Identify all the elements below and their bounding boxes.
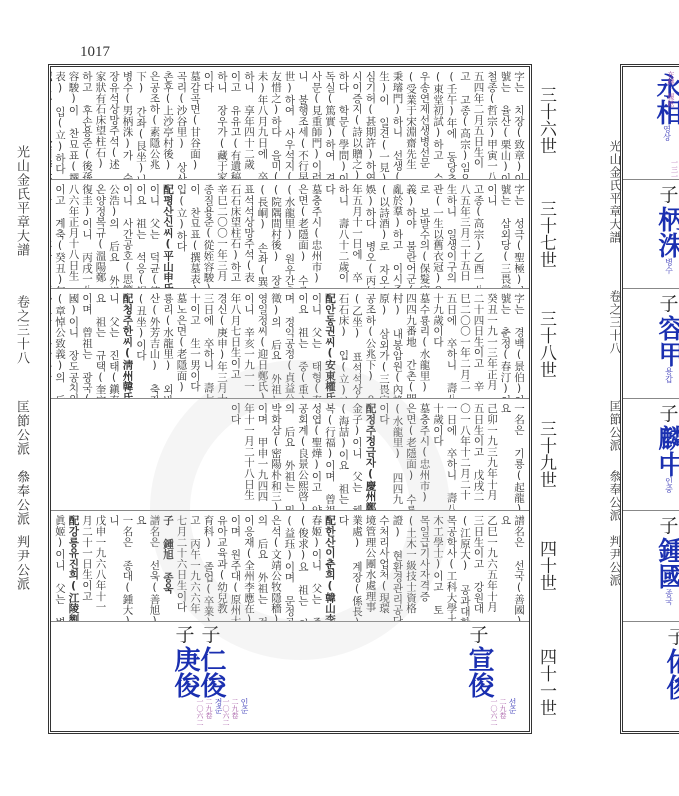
row-text-columns: 一名은 기룡(起龍)이요己卯一九三九年十月五日生이고 戊戌二〇一八年十二月二十一…	[55, 403, 525, 506]
row-text-columns: 字는 경백(景伯)이요號는 춘정(春汀)이니癸丑一九一三年正月二十四日生이고 辛…	[55, 293, 525, 394]
son-marker: 子	[667, 626, 679, 648]
side-title-volume: 卷之三十八	[14, 295, 28, 365]
biography-line: 은면(老隱面) 수룡리	[296, 184, 310, 284]
biography-line: 곡리(沙谷里) 상사정	[174, 71, 188, 175]
biography-line: 시이증지(詩以贈之)	[350, 71, 364, 175]
biography-line: (海喆)이요 祖는 행	[336, 403, 350, 506]
row-gen-40: 譜名은 선국(善國)이요乙巳一九六五年十月三日生이고 강원대(江原大) 공과대학…	[51, 511, 529, 622]
biography-line: 眞姬)이니 父는 병욱	[53, 515, 67, 617]
biography-line: (丑坐)이다	[134, 293, 148, 394]
biography-line: 촌후(上沙亭村後) 소	[161, 71, 175, 175]
biography-line: 育科) 졸업(卒業)이	[201, 515, 215, 617]
biography-line: 譜名은 선욱(善旭)이	[147, 515, 161, 617]
biography-line: 우송연제선생병선문	[417, 71, 431, 175]
biography-line: 木工學士)이고 토	[431, 515, 445, 617]
biography-line: 의 后요 外祖는 전주	[255, 515, 269, 617]
hangul-name: 영상	[663, 125, 672, 141]
son-marker: 子	[659, 403, 678, 425]
biography-line: 성엽(聖燁)이고 양경	[309, 403, 323, 506]
hangul-name: 선준	[508, 698, 517, 726]
biography-line: 戊申一九六八年十一	[93, 515, 107, 617]
biography-line: 號는 춘정(春汀)이니	[498, 293, 512, 394]
biography-line: 이며 甲申一九四四	[255, 403, 269, 506]
biography-line: 의 后요 外祖는 밀양	[282, 403, 296, 506]
biography-line: 乙巳一九六五年十月	[485, 515, 499, 617]
volume-note: 二九卷	[205, 698, 213, 726]
biography-line: (長峒) 손좌(巽坐)	[255, 184, 269, 284]
biography-line: 이고 계축(癸丑)年二	[53, 184, 67, 284]
biography-line: 이다	[201, 71, 215, 175]
biography-line: 一名은 종대(鍾大)이	[120, 515, 134, 617]
hanja-name: 麟中	[654, 425, 679, 477]
biography-line: 四四九番地 간촌(間	[404, 293, 418, 394]
biography-line: 하니 享年四十二歲	[242, 71, 256, 175]
row-text-columns: 字는 성극(聖極)이요號는 삼외당(三畏堂)이니고종(高宗)乙酉一八八五年三月二…	[55, 184, 525, 284]
biography-line: 심기허(甚期許)하여	[363, 71, 377, 175]
gen-label-40: 四十世	[536, 540, 555, 591]
son-marker: 子	[659, 293, 678, 315]
biography-line: 號는 삼외당(三畏堂)	[498, 184, 512, 284]
hanja-name: 佑俊	[662, 648, 679, 700]
biography-line: 三日生이고 강원대	[471, 515, 485, 617]
biography-line: (受業于宋淵齋先生	[404, 71, 418, 175]
biography-line: (院隅間村後) 장동	[269, 184, 283, 284]
biography-line: 로 보발수의(保髮守	[417, 184, 431, 284]
biography-line: 五日에 卒하니 壽八	[444, 293, 458, 394]
son-marker: 子	[659, 184, 678, 206]
biography-line: 村) 내봉암원(內蜂岩	[390, 293, 404, 394]
biography-line: 五日生이고 戊戌二	[471, 403, 485, 506]
person-seonjun: 子 宣俊 선준 二九卷 一〇六二	[441, 624, 517, 726]
biography-line: 산(外芳吉山) 축좌	[147, 293, 161, 394]
biography-line: 이요 祖는 중(重)이	[296, 293, 310, 394]
biography-line: 下) 간좌(艮坐)니 남	[134, 71, 148, 175]
biography-line: 五四年二月五日生이	[471, 71, 485, 175]
gen-label-38: 三十八世	[536, 310, 555, 378]
right-page-table: 永相 영상 見上 一三一 在赫·履鉉 子 柄洙 병수 子 容甲 용갑 子 麟中 …	[620, 64, 679, 734]
biography-line: 경신(庚申)年三月十	[215, 293, 229, 394]
biography-line: 業處) 계장(係長)이	[350, 515, 364, 617]
biography-line: 사문(見重師門)이러	[309, 71, 323, 175]
person-byeongsu: 子 柄洙 병수	[639, 184, 679, 274]
biography-line: 이니 父는 태형(泰亨)	[309, 293, 323, 394]
row-gen-36: 字는 치장(致章)이요號는 율산(栗山)이니철종(哲宗)甲寅一八五四年二月五日生…	[51, 67, 529, 180]
biography-line: 巳二〇〇一年二月二	[458, 293, 472, 394]
hangul-name: 경준	[214, 698, 223, 726]
biography-line: (壬午)年에 동당초시	[444, 71, 458, 175]
volume-note: 二九卷	[231, 698, 239, 726]
biography-line: 하니 壽八十二歲이	[336, 184, 350, 284]
page-ref: 一三一	[671, 159, 679, 180]
biography-line: 三日에 卒하니 壽七	[201, 293, 215, 394]
biography-line: 春姬)이니 父는 준구	[309, 515, 323, 617]
spouse-entry: 配평산신씨(平山申氏)	[161, 184, 175, 284]
biography-line: (益珏)이며 문정공목	[282, 515, 296, 617]
biography-line: (江原大) 공과대학토	[458, 515, 472, 617]
biography-line: 니 불행조세(不行早	[296, 71, 310, 175]
hangul-name: 종국	[665, 589, 674, 605]
biography-line: 一日에 卒하니 壽八	[444, 403, 458, 506]
row-text-columns: 字는 치장(致章)이요號는 율산(栗山)이니철종(哲宗)甲寅一八五四年二月五日生…	[55, 71, 525, 175]
biography-line: 亂於羣)하고 이시주	[390, 184, 404, 284]
biography-line: (水龍里) 四四九-二	[390, 403, 404, 506]
biography-line: 號는 율산(栗山)이니	[498, 71, 512, 175]
biography-line: 이다	[377, 403, 391, 506]
gen-label-37: 三十七世	[536, 200, 555, 268]
biography-line: 七月二十六日生이다	[174, 515, 188, 617]
biography-line: 며 정익공정(貞益公	[282, 293, 296, 394]
biography-line: 未)年八月九日에 卒	[255, 71, 269, 175]
hanja-name: 庚俊	[170, 646, 200, 698]
burial-entry: 墓노은면(老隱面) 수	[174, 293, 188, 394]
spouse-entry: 配정주정금자(慶州鄭	[363, 403, 377, 506]
right-row-4: 子 鍾國 종국	[623, 511, 679, 622]
biography-line: 秉璿門)하니 선생(先	[390, 71, 404, 175]
biography-line: 證) 현환경관리공단	[390, 515, 404, 617]
right-row-5: 子 佑俊 우준 二九卷 一〇六一	[623, 622, 679, 731]
biography-line: 관(一生以舊衣冠)으	[431, 184, 445, 284]
hangul-name: 인중	[665, 477, 674, 493]
biography-line: 〇一八年十二月二十	[458, 403, 472, 506]
biography-line: 표석석상망주석(表	[242, 184, 256, 284]
biography-line: 公浩)의 后요 外祖는	[107, 184, 121, 284]
biography-line: 철종(哲宗)甲寅一八	[485, 71, 499, 175]
son-marker: 子	[175, 624, 194, 646]
person-gyeongjun: 子 庚俊 경준 二九卷 一〇六二	[147, 624, 223, 726]
biography-line: 子 鍾旭 종욱	[161, 515, 175, 617]
page-ref: 一〇六二	[222, 698, 230, 726]
person-yonggap: 子 容甲 용갑	[639, 293, 679, 383]
biography-line: 이니 사간공호(思簡	[120, 184, 134, 284]
right-row-3: 子 麟中 인중	[623, 399, 679, 511]
biography-line: 年十一月二十八日生	[242, 403, 256, 506]
side-title-lineage-2: 叅奉公派	[14, 470, 28, 526]
biography-line: 辛巳二〇〇一年三月	[215, 184, 229, 284]
biography-line: 一名은 기룡(起龍)이	[512, 403, 526, 506]
biography-line: 生하니 일생이구의	[444, 184, 458, 284]
hanja-name: 鍾國	[654, 537, 679, 589]
biography-line: 二十四日生이고 辛	[471, 293, 485, 394]
hanja-name: 宣俊	[464, 646, 494, 698]
biography-line: (土木一級技士資格	[404, 515, 418, 617]
biography-line: 수처리사업처(現環	[377, 515, 391, 617]
hangul-name: 인준	[240, 698, 249, 726]
right-row-0: 永相 영상 見上 一三一 在赫·履鉉	[623, 67, 679, 180]
biography-line: 友惜之)하다 을미(乙	[269, 71, 283, 175]
biography-line: 은석(文靖公牧隱穡)	[269, 515, 283, 617]
biography-line: 다	[323, 184, 337, 284]
biography-line: 年八月七日生이고	[228, 293, 242, 394]
biography-line: 이니 辛亥一九一一	[242, 293, 256, 394]
biography-line: 字는 경백(景伯)이요	[512, 293, 526, 394]
row-text-columns: 譜名은 선국(善國)이요乙巳一九六五年十月三日生이고 강원대(江原大) 공과대학…	[55, 515, 525, 617]
biography-line: (章悼公致義)의 后요	[53, 293, 67, 394]
biography-line: 목공학사(工科大學土	[444, 515, 458, 617]
burial-entry: 墓수룡리(水龍里) 山	[417, 293, 431, 394]
biography-line: 徵)의 后요 外祖는	[269, 293, 283, 394]
row-gen-41: 子 宣俊 선준 二九卷 一〇六二 子 仁俊 인준 二九卷 一〇六二 子 庚俊 경…	[51, 622, 529, 731]
burial-entry: 墓충주시(忠州市) 노	[417, 403, 431, 506]
biography-line: 영일정씨(迎日鄭氏)	[255, 293, 269, 394]
biography-line: 國)이니 장도공치의	[66, 293, 80, 394]
biography-line: 譜名은 선국(善國)이	[512, 515, 526, 617]
biography-line: 이며 원주대(原州大)	[228, 515, 242, 617]
biography-line: 요	[498, 403, 512, 506]
burial-entry: 墓감곡면(甘谷面) 사	[188, 71, 202, 175]
biography-line: (乙坐) 표석석상(表	[350, 293, 364, 394]
biography-line: 己卯一九三九年十月	[485, 403, 499, 506]
biography-line: 十歲이다	[431, 403, 445, 506]
biography-line: 이니 父는 덕균(德均)	[147, 184, 161, 284]
person-ujun: 子 佑俊 우준 二九卷 一〇六一	[639, 626, 679, 728]
biography-line: 이며 曾祖는 광국(光	[80, 293, 94, 394]
biography-line: 장유석상망주석(述	[107, 71, 121, 175]
person-injung: 子 麟中 인중	[639, 403, 679, 493]
page-ref: 一〇六二	[196, 698, 204, 726]
side-title-lineage-3: 判尹公派	[14, 535, 28, 591]
biography-line: 복(行福)이며 曾祖는	[323, 403, 337, 506]
biography-line: 박화삼(密陽朴和三)	[269, 403, 283, 506]
son-marker: 子	[659, 515, 678, 537]
page-number: 1017	[80, 44, 110, 61]
biography-line: 年五月十一日에 卒	[350, 184, 364, 284]
biography-line: 룡리(水龍里) 외방길	[161, 293, 175, 394]
biography-line: 石石床) 입(立)하다	[336, 293, 350, 394]
volume-note: 二九卷	[499, 698, 507, 726]
biography-line: 고 丙午一九六六年	[188, 515, 202, 617]
biography-line: 다	[336, 515, 350, 617]
biography-line: 요	[134, 515, 148, 617]
side-title-book: 光山金氏平章大譜	[14, 145, 28, 257]
biography-line: 병수(男柄洙)가 술가	[120, 71, 134, 175]
side-title-lineage-1: 匡節公派	[14, 400, 28, 456]
hanja-name: 柄洙	[654, 206, 679, 258]
biography-line: (東堂初試)하고 수업	[431, 71, 445, 175]
biography-line: 이니	[485, 184, 499, 284]
row-gen-37: 字는 성극(聖極)이요號는 삼외당(三畏堂)이니고종(高宗)乙酉一八八五年三月二…	[51, 180, 529, 289]
genealogy-table: 字는 치장(致章)이요號는 율산(栗山)이니철종(哲宗)甲寅一八五四年二月五日生…	[48, 64, 532, 734]
biography-line: 하다 학문(學問)이	[336, 71, 350, 175]
gen-label-41: 四十一世	[536, 648, 555, 716]
biography-line: 原) 삼외가(三畏家)	[377, 293, 391, 394]
biography-line: 목일급기사자격증	[417, 515, 431, 617]
spouse-entry: 配강릉유진희(江陵劉	[66, 515, 80, 617]
spouse-entry: 配청주한씨(淸州韓氏)	[120, 293, 134, 394]
page-ref: 一〇六二	[490, 698, 498, 726]
biography-line: 은면(老隱面) 수룡리	[404, 403, 418, 506]
row-gen-38: 字는 경백(景伯)이요號는 춘정(春汀)이니癸丑一九一三年正月二十四日生이고 辛…	[51, 289, 529, 399]
biography-line: 月二十一日生이고	[80, 515, 94, 617]
biography-line: 이다	[228, 403, 242, 506]
biography-line: 家狀有石床望柱石)	[93, 71, 107, 175]
son-marker: 子	[469, 624, 488, 646]
biography-line: 金子)이니 父는 해철	[350, 403, 364, 506]
biography-line: (俊求)요 祖는 의각	[296, 515, 310, 617]
biography-line: (水龍里) 원우간촌후	[282, 184, 296, 284]
biography-line: 이응재(全州李應在)	[242, 515, 256, 617]
biography-line: 요 祖는 규택(奎宅)	[93, 293, 107, 394]
biography-line: 字는 치장(致章)이요	[512, 71, 526, 175]
biography-line: 世)하여 사우석지(士	[282, 71, 296, 175]
biography-line: 十九歲이다	[431, 293, 445, 394]
person-jongguk: 子 鍾國 종국	[639, 515, 679, 605]
biography-line: 입(立)하다	[174, 184, 188, 284]
biography-line: 石石床望柱石)하고	[228, 184, 242, 284]
biography-line: 종질용준(從姪容駿)	[201, 184, 215, 284]
hangul-name: 용갑	[665, 367, 674, 383]
biography-line: 十이고 生一男이다	[188, 293, 202, 394]
biography-line: 하니 장우가(藏于家)	[215, 71, 229, 175]
biography-line: 義)하야 불란어군(不	[404, 184, 418, 284]
father-note: 在赫·履鉉	[667, 71, 675, 107]
biography-line: 요	[498, 515, 512, 617]
biography-line: 娛)하다 병오(丙午)	[363, 184, 377, 284]
right-row-2: 子 容甲 용갑	[623, 289, 679, 399]
row-gen-39: 一名은 기룡(起龍)이요己卯一九三九年十月五日生이고 戊戌二〇一八年十二月二十一…	[51, 399, 529, 511]
spouse-entry: 配한산이춘희(韓山李	[323, 515, 337, 617]
biography-line: (以詩酒)로 자오(自	[377, 184, 391, 284]
gen-label-39: 三十九世	[536, 420, 555, 488]
biography-line: 공조하(公兆下) 을좌	[363, 293, 377, 394]
biography-line: 復圭)이니 丙戌一八	[80, 184, 94, 284]
hanja-name: 容甲	[654, 315, 679, 367]
right-row-1: 子 柄洙 병수	[623, 180, 679, 289]
biography-line: 니	[107, 515, 121, 617]
burial-entry: 墓충주시(忠州市) 노	[309, 184, 323, 284]
biography-line: 이 찬묘표(撰墓表)	[188, 184, 202, 284]
biography-line: 이요 祖는 석응(錫應)	[134, 184, 148, 284]
biography-line: 고종(高宗)乙酉一八	[471, 184, 485, 284]
biography-line: 八六年正月十八日生	[66, 184, 80, 284]
biography-line: 온양정복규(溫陽鄭	[93, 184, 107, 284]
biography-line: 독실(篤實)하여 견중	[323, 71, 337, 175]
spouse-entry: 配안동권씨(安東權氏)	[323, 293, 337, 394]
biography-line: 니 父는 진태(鎭泰)	[107, 293, 121, 394]
biography-line: 공회계(良景公熙啓)	[296, 403, 310, 506]
biography-line: 八五年三月二十五日	[458, 184, 472, 284]
biography-line: 容駿)이 찬묘표(撰墓	[66, 71, 80, 175]
biography-line: 表) 입(立)하다	[53, 71, 67, 175]
biography-line: 生)이 일견(一見)에	[377, 71, 391, 175]
biography-line: 字는 성극(聖極)이요	[512, 184, 526, 284]
gen-label-36: 三十六世	[536, 86, 555, 154]
biography-line: 癸丑一九一三年正月	[485, 293, 499, 394]
biography-line: 이고 유유고(有遺稿)	[228, 71, 242, 175]
biography-line: 境管理公團水處理事	[363, 515, 377, 617]
biography-line: 하고 후손용준(後孫	[80, 71, 94, 175]
biography-line: 은공조하(素隱公兆	[147, 71, 161, 175]
biography-line: 유아교육과(幼兒教	[215, 515, 229, 617]
hangul-name: 병수	[665, 258, 674, 274]
biography-line: 고 고종(高宗)임오	[458, 71, 472, 175]
